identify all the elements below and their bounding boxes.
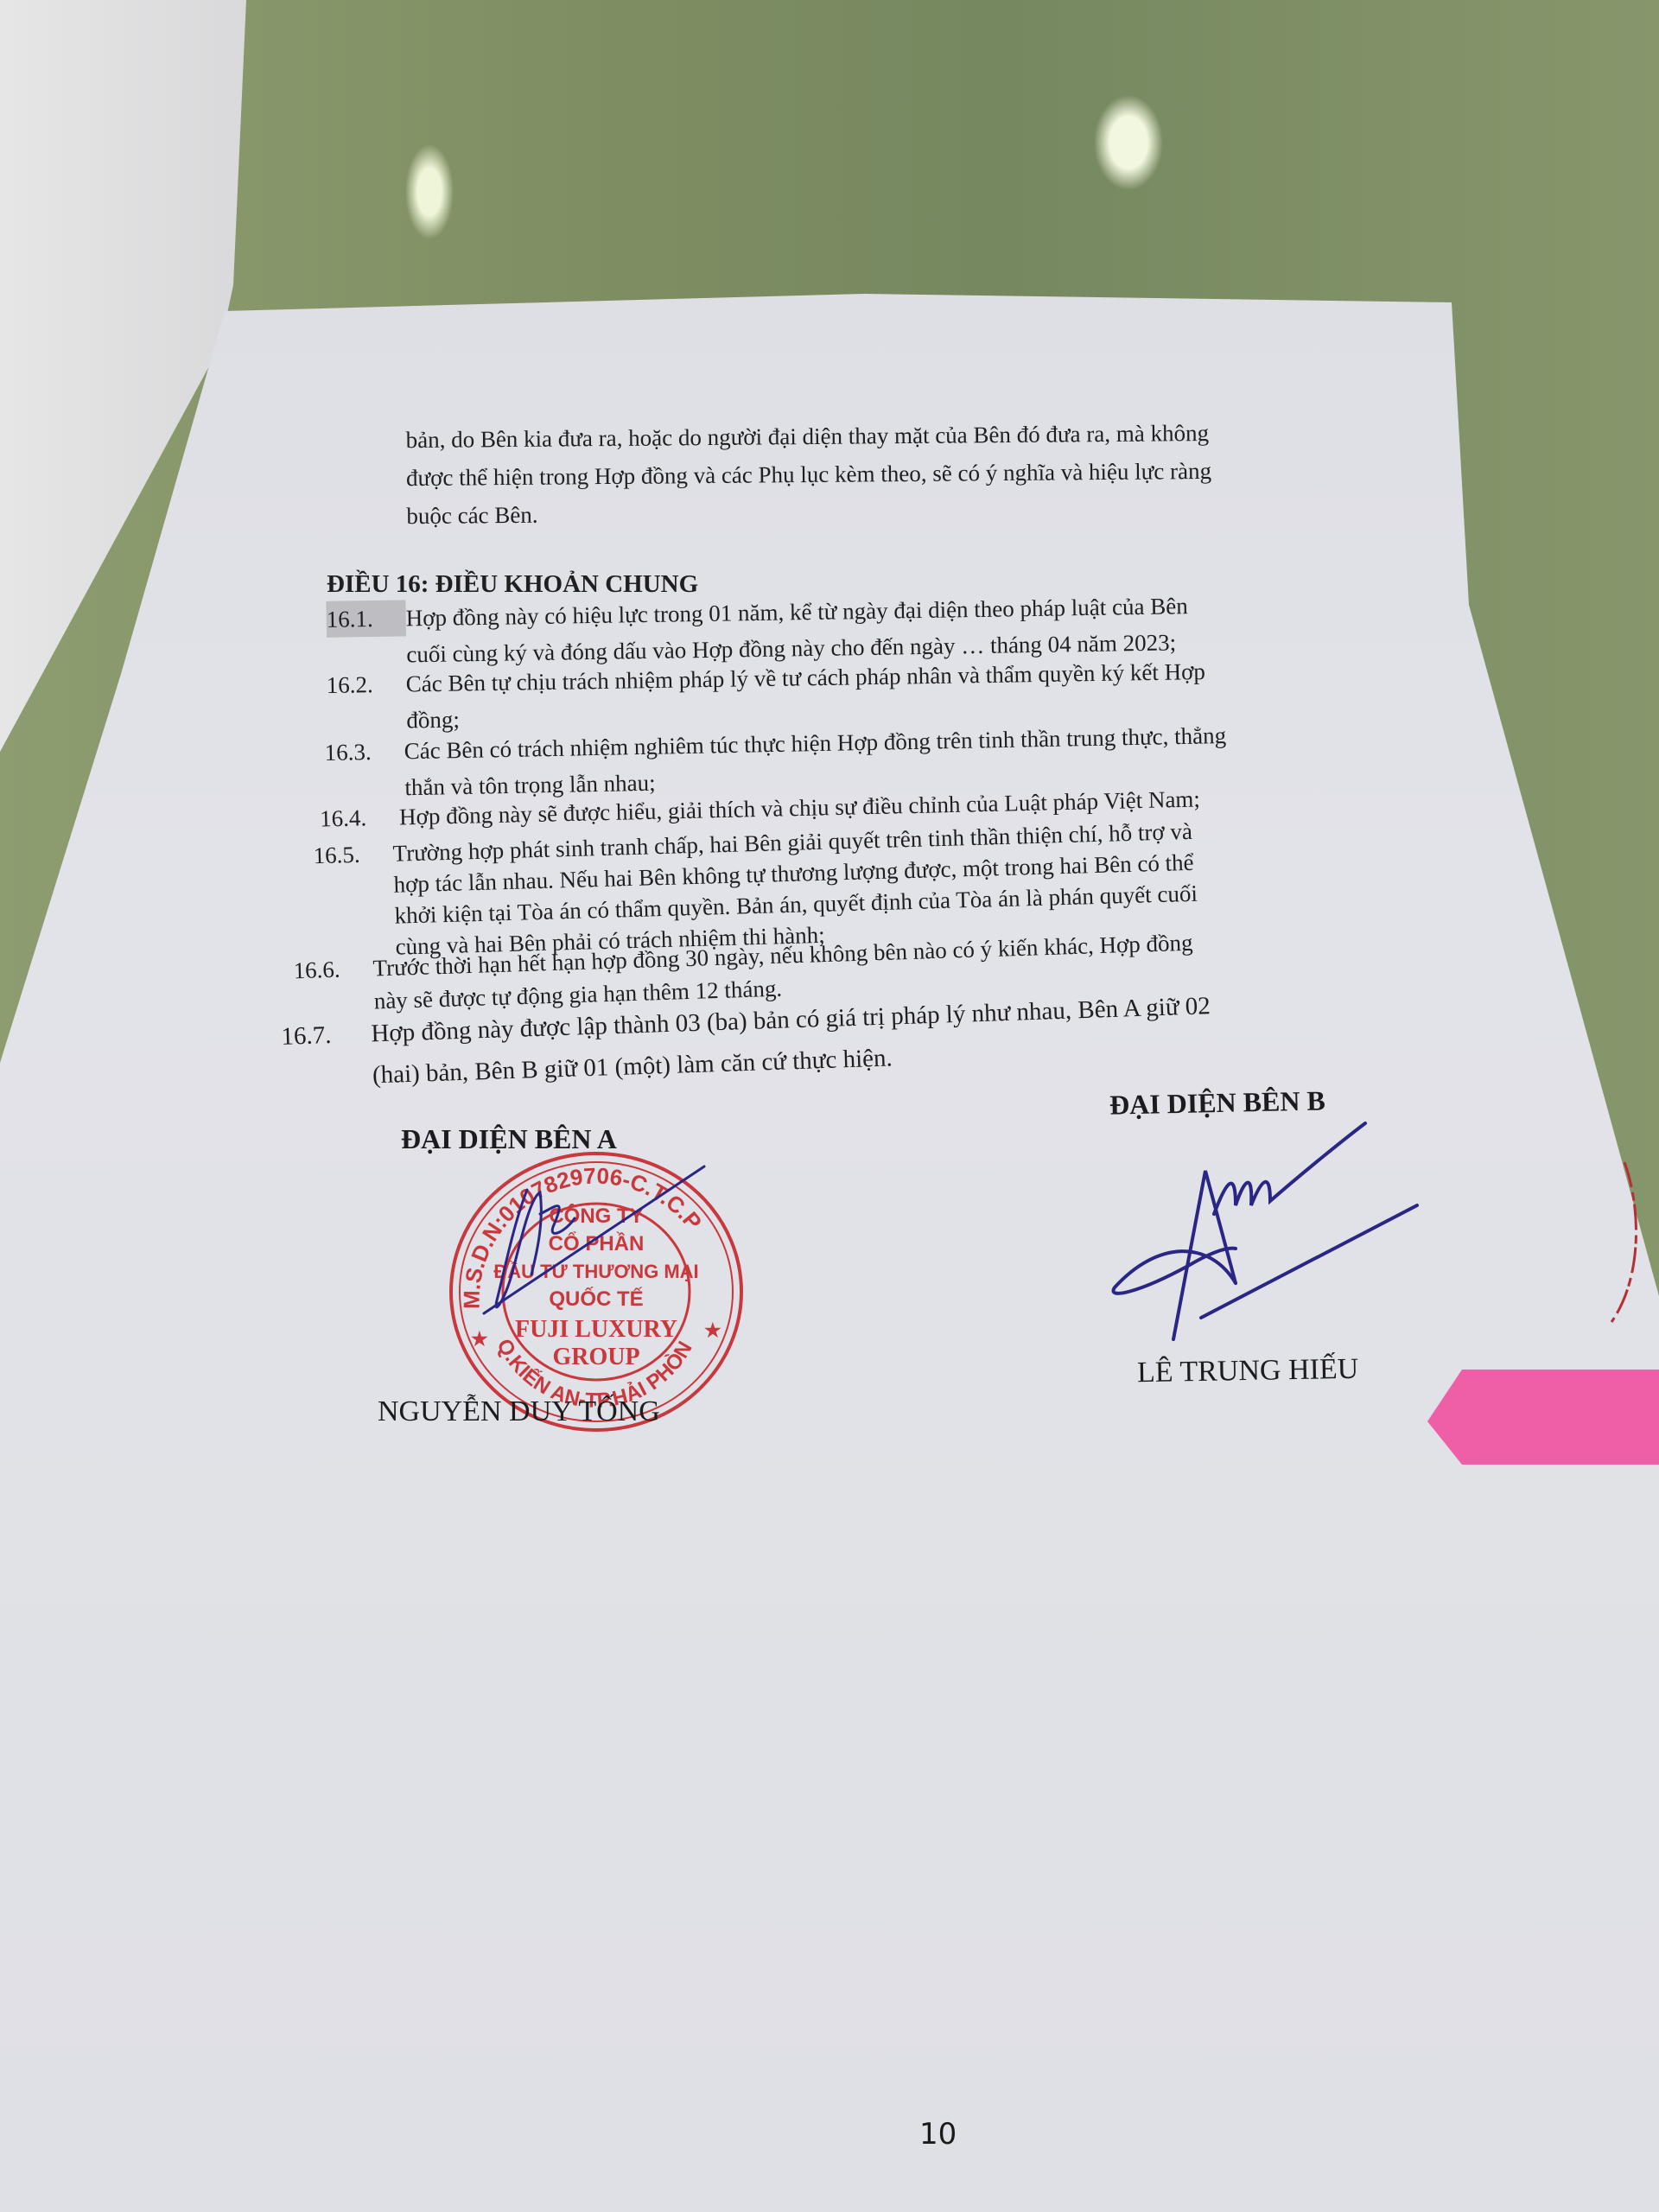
svg-text:GROUP: GROUP [552, 1344, 639, 1370]
svg-text:★: ★ [704, 1319, 721, 1341]
party-b-signature [1106, 1119, 1434, 1344]
page-number: 10 [919, 2117, 957, 2152]
article-heading: ĐIỀU 16: ĐIỀU KHOẢN CHUNG [327, 570, 698, 599]
contract-page [0, 0, 1659, 2212]
svg-text:★: ★ [471, 1328, 488, 1350]
pink-sticky-flag [1427, 1370, 1659, 1465]
clause-number: 16.4. [320, 801, 400, 834]
intro-paragraph: bản, do Bên kia đưa ra, hoặc do người đạ… [405, 414, 1211, 535]
svg-text:QUỐC TẾ: QUỐC TẾ [549, 1287, 643, 1311]
svg-text:CỔ PHẦN: CỔ PHẦN [549, 1231, 645, 1255]
clause-number: 16.3. [324, 733, 404, 771]
company-seal: M.S.D.N:0107829706-C.T.C.P Q.KIẾN AN-TP.… [445, 1145, 747, 1439]
clause-number: 16.5. [313, 838, 393, 872]
party-a-name: NGUYỄN DUY TỐNG [378, 1395, 660, 1428]
intro-line: buộc các Bên. [406, 490, 1211, 535]
party-b-label: ĐẠI DIỆN BÊN B [1109, 1084, 1326, 1121]
svg-text:ĐẦU TƯ THƯƠNG MẠI: ĐẦU TƯ THƯƠNG MẠI [493, 1261, 698, 1282]
intro-line: được thể hiện trong Hợp đồng và các Phụ … [406, 452, 1211, 497]
clause-number: 16.6. [293, 951, 373, 987]
party-b-name: LÊ TRUNG HIẾU [1137, 1353, 1359, 1389]
clause-number: 16.2. [326, 666, 406, 703]
svg-text:FUJI LUXURY: FUJI LUXURY [515, 1316, 677, 1343]
partial-seal-arc [1607, 1158, 1659, 1331]
clause-number: 16.1. [326, 600, 406, 637]
clause-number: 16.7. [281, 1013, 372, 1057]
